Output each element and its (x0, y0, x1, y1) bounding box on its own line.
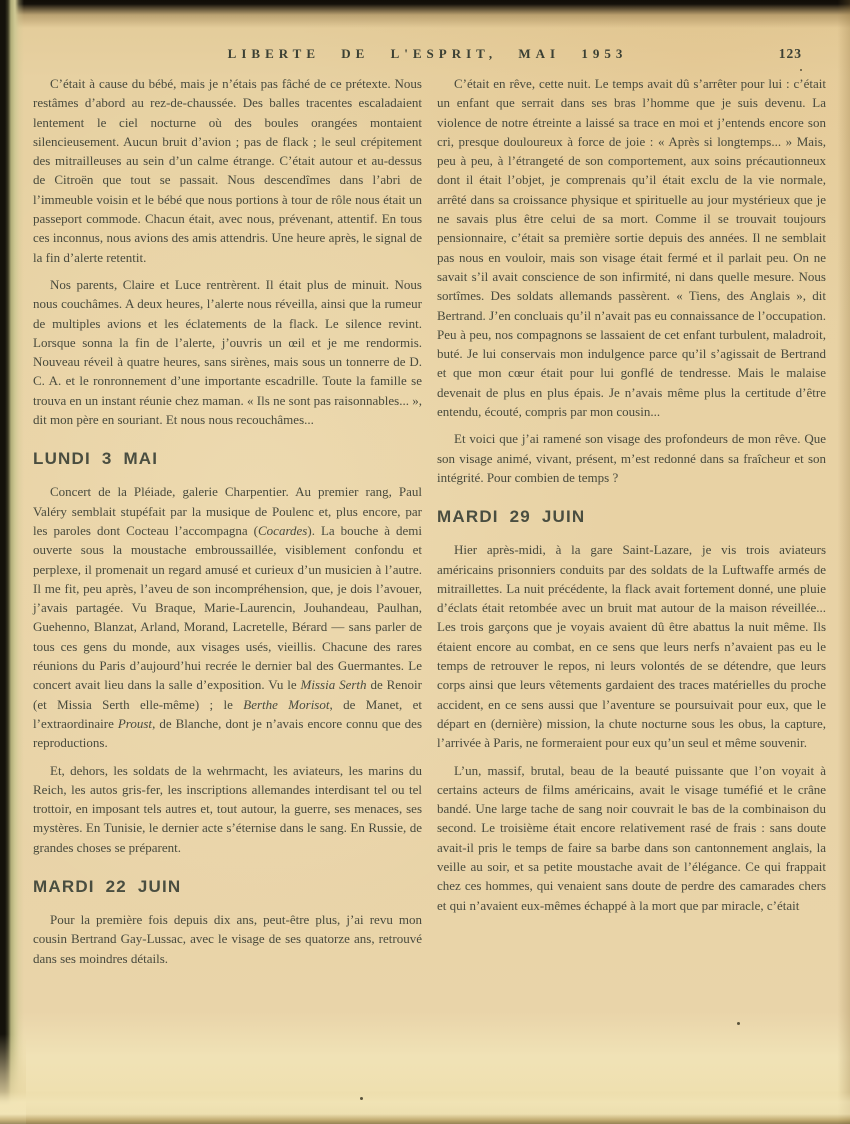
date-heading: MARDI 29 JUIN (437, 507, 826, 527)
left-column: C’était à cause du bébé, mais je n’étais… (33, 74, 422, 976)
date-heading: LUNDI 3 MAI (33, 449, 422, 469)
italic-title: Berthe Morisot (243, 697, 329, 712)
paragraph: Concert de la Pléiade, galerie Charpenti… (33, 482, 422, 752)
right-column: C’était en rêve, cette nuit. Le temps av… (437, 74, 826, 923)
paragraph: Et, dehors, les soldats de la wehrmacht,… (33, 761, 422, 857)
scan-bottom-band (0, 1092, 850, 1124)
scan-edge-right (836, 0, 850, 1124)
italic-title: Missia Serth (301, 677, 367, 692)
scan-edge-top (0, 0, 850, 28)
italic-title: Cocardes (258, 523, 307, 538)
scan-speck (360, 1097, 363, 1100)
paragraph: Nos parents, Claire et Luce rentrèrent. … (33, 275, 422, 429)
paragraph: L’un, massif, brutal, beau de la beauté … (437, 761, 826, 915)
paragraph: C’était à cause du bébé, mais je n’étais… (33, 74, 422, 267)
scan-speck (737, 1022, 740, 1025)
date-heading: MARDI 22 JUIN (33, 877, 422, 897)
paragraph: Hier après-midi, à la gare Saint-Lazare,… (437, 540, 826, 752)
scan-edge-left (0, 0, 24, 1124)
journal-title: LIBERTE DE L'ESPRIT, MAI 1953 (33, 46, 822, 62)
scan-speck (800, 69, 802, 71)
paragraph: C’était en rêve, cette nuit. Le temps av… (437, 74, 826, 421)
paragraph: Et voici que j’ai ramené son visage des … (437, 429, 826, 487)
paragraph: Pour la première fois depuis dix ans, pe… (33, 910, 422, 968)
scanned-page: LIBERTE DE L'ESPRIT, MAI 1953 123 C’étai… (0, 0, 850, 1124)
page-header: LIBERTE DE L'ESPRIT, MAI 1953 123 (33, 46, 822, 66)
italic-title: Proust (118, 716, 152, 731)
page-number: 123 (779, 46, 802, 62)
